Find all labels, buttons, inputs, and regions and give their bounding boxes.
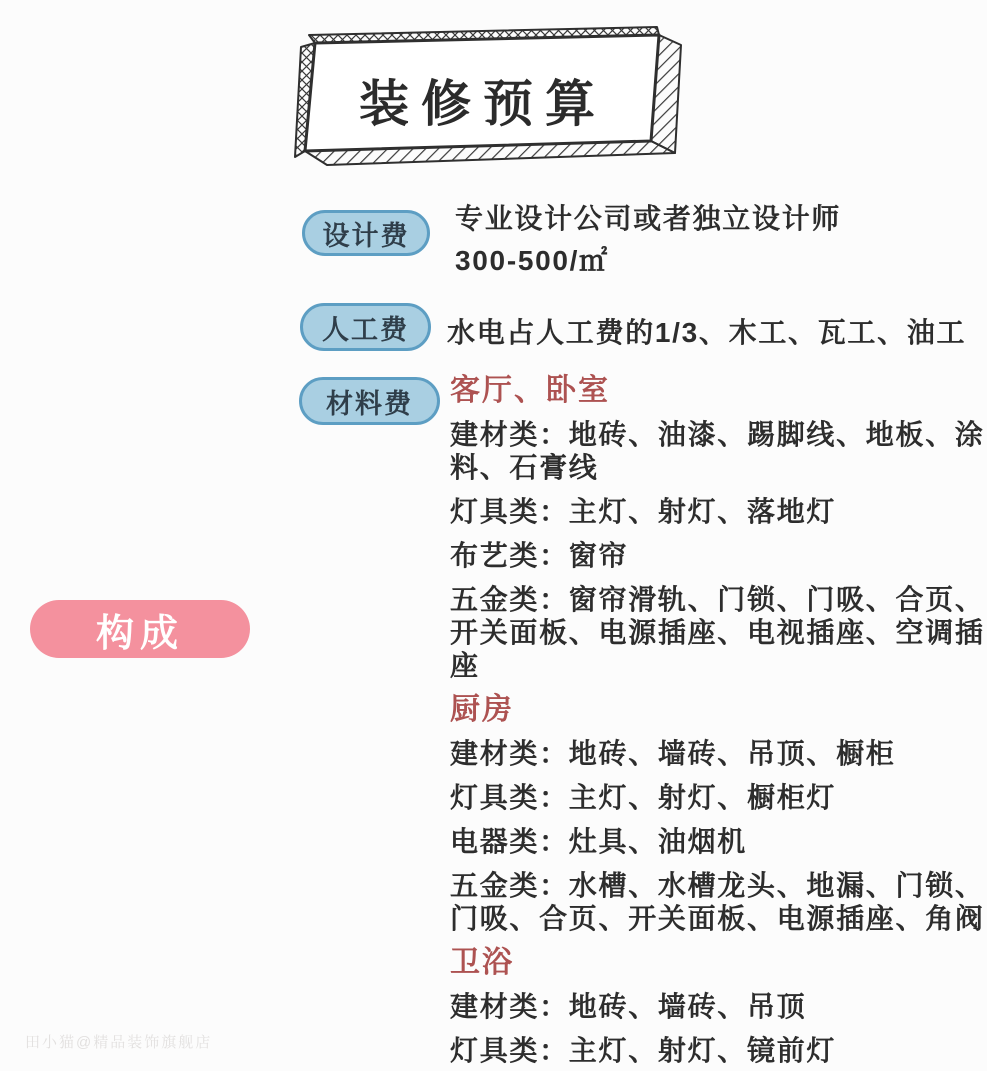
design-fee-label: 设计费 (323, 214, 410, 253)
material-item: 电器类：灶具、油烟机 (450, 825, 987, 858)
material-item: 灯具类：主灯、射灯、落地灯 (450, 495, 987, 528)
material-item: 灯具类：主灯、射灯、镜前灯 (450, 1034, 987, 1067)
material-item-line: 五金类：窗帘滑轨、门锁、门吸、合页、 (450, 583, 987, 616)
page-title: 装修预算 (293, 64, 673, 136)
materials-groups: 客厅、卧室建材类：地砖、油漆、踢脚线、地板、涂料、石膏线灯具类：主灯、射灯、落地… (450, 374, 987, 1071)
material-item: 灯具类：主灯、射灯、橱柜灯 (450, 781, 987, 814)
material-item-line: 建材类：地砖、墙砖、吊顶 (450, 990, 987, 1023)
material-item-line: 灯具类：主灯、射灯、镜前灯 (450, 1034, 987, 1067)
material-item: 五金类：窗帘滑轨、门锁、门吸、合页、开关面板、电源插座、电视插座、空调插座 (450, 583, 987, 682)
side-label-pill: 构成 (30, 600, 250, 658)
material-item-line: 灯具类：主灯、射灯、落地灯 (450, 495, 987, 528)
material-item: 建材类：地砖、油漆、踢脚线、地板、涂料、石膏线 (450, 418, 987, 484)
title-box: 装修预算 (293, 26, 699, 172)
material-fee-label: 材料费 (326, 382, 413, 421)
room-heading: 厨房 (450, 693, 987, 727)
labor-fee-pill: 人工费 (300, 303, 431, 351)
material-item-line: 电器类：灶具、油烟机 (450, 825, 987, 858)
design-fee-desc-line2: 300-500/㎡ (455, 239, 609, 279)
design-fee-pill: 设计费 (302, 210, 430, 256)
room-heading: 客厅、卧室 (450, 374, 987, 408)
material-item-line: 建材类：地砖、油漆、踢脚线、地板、涂 (450, 418, 987, 451)
material-item-line: 建材类：地砖、墙砖、吊顶、橱柜 (450, 737, 987, 770)
material-item: 建材类：地砖、墙砖、吊顶、橱柜 (450, 737, 987, 770)
watermark: 田小猫@精品装饰旗舰店 (25, 1031, 212, 1052)
material-item: 布艺类：窗帘 (450, 539, 987, 572)
material-item: 建材类：地砖、墙砖、吊顶 (450, 990, 987, 1023)
side-label-text: 构成 (96, 602, 184, 657)
material-item-line: 五金类：水槽、水槽龙头、地漏、门锁、 (450, 869, 987, 902)
material-item-line: 门吸、合页、开关面板、电源插座、角阀 (450, 902, 987, 935)
material-item-line: 座 (450, 649, 987, 682)
room-heading: 卫浴 (450, 946, 987, 980)
labor-fee-desc: 水电占人工费的1/3、木工、瓦工、油工 (447, 311, 966, 351)
material-item-line: 灯具类：主灯、射灯、橱柜灯 (450, 781, 987, 814)
labor-fee-label: 人工费 (322, 308, 409, 347)
material-item: 五金类：水槽、水槽龙头、地漏、门锁、门吸、合页、开关面板、电源插座、角阀 (450, 869, 987, 935)
infographic-canvas: 装修预算 构成 设计费 专业设计公司或者独立设计师 300-500/㎡ 人工费 … (0, 0, 987, 1071)
material-item-line: 布艺类：窗帘 (450, 539, 987, 572)
material-fee-pill: 材料费 (299, 377, 440, 425)
material-item-line: 开关面板、电源插座、电视插座、空调插 (450, 616, 987, 649)
material-item-line: 料、石膏线 (450, 451, 987, 484)
design-fee-desc-line1: 专业设计公司或者独立设计师 (455, 197, 841, 237)
